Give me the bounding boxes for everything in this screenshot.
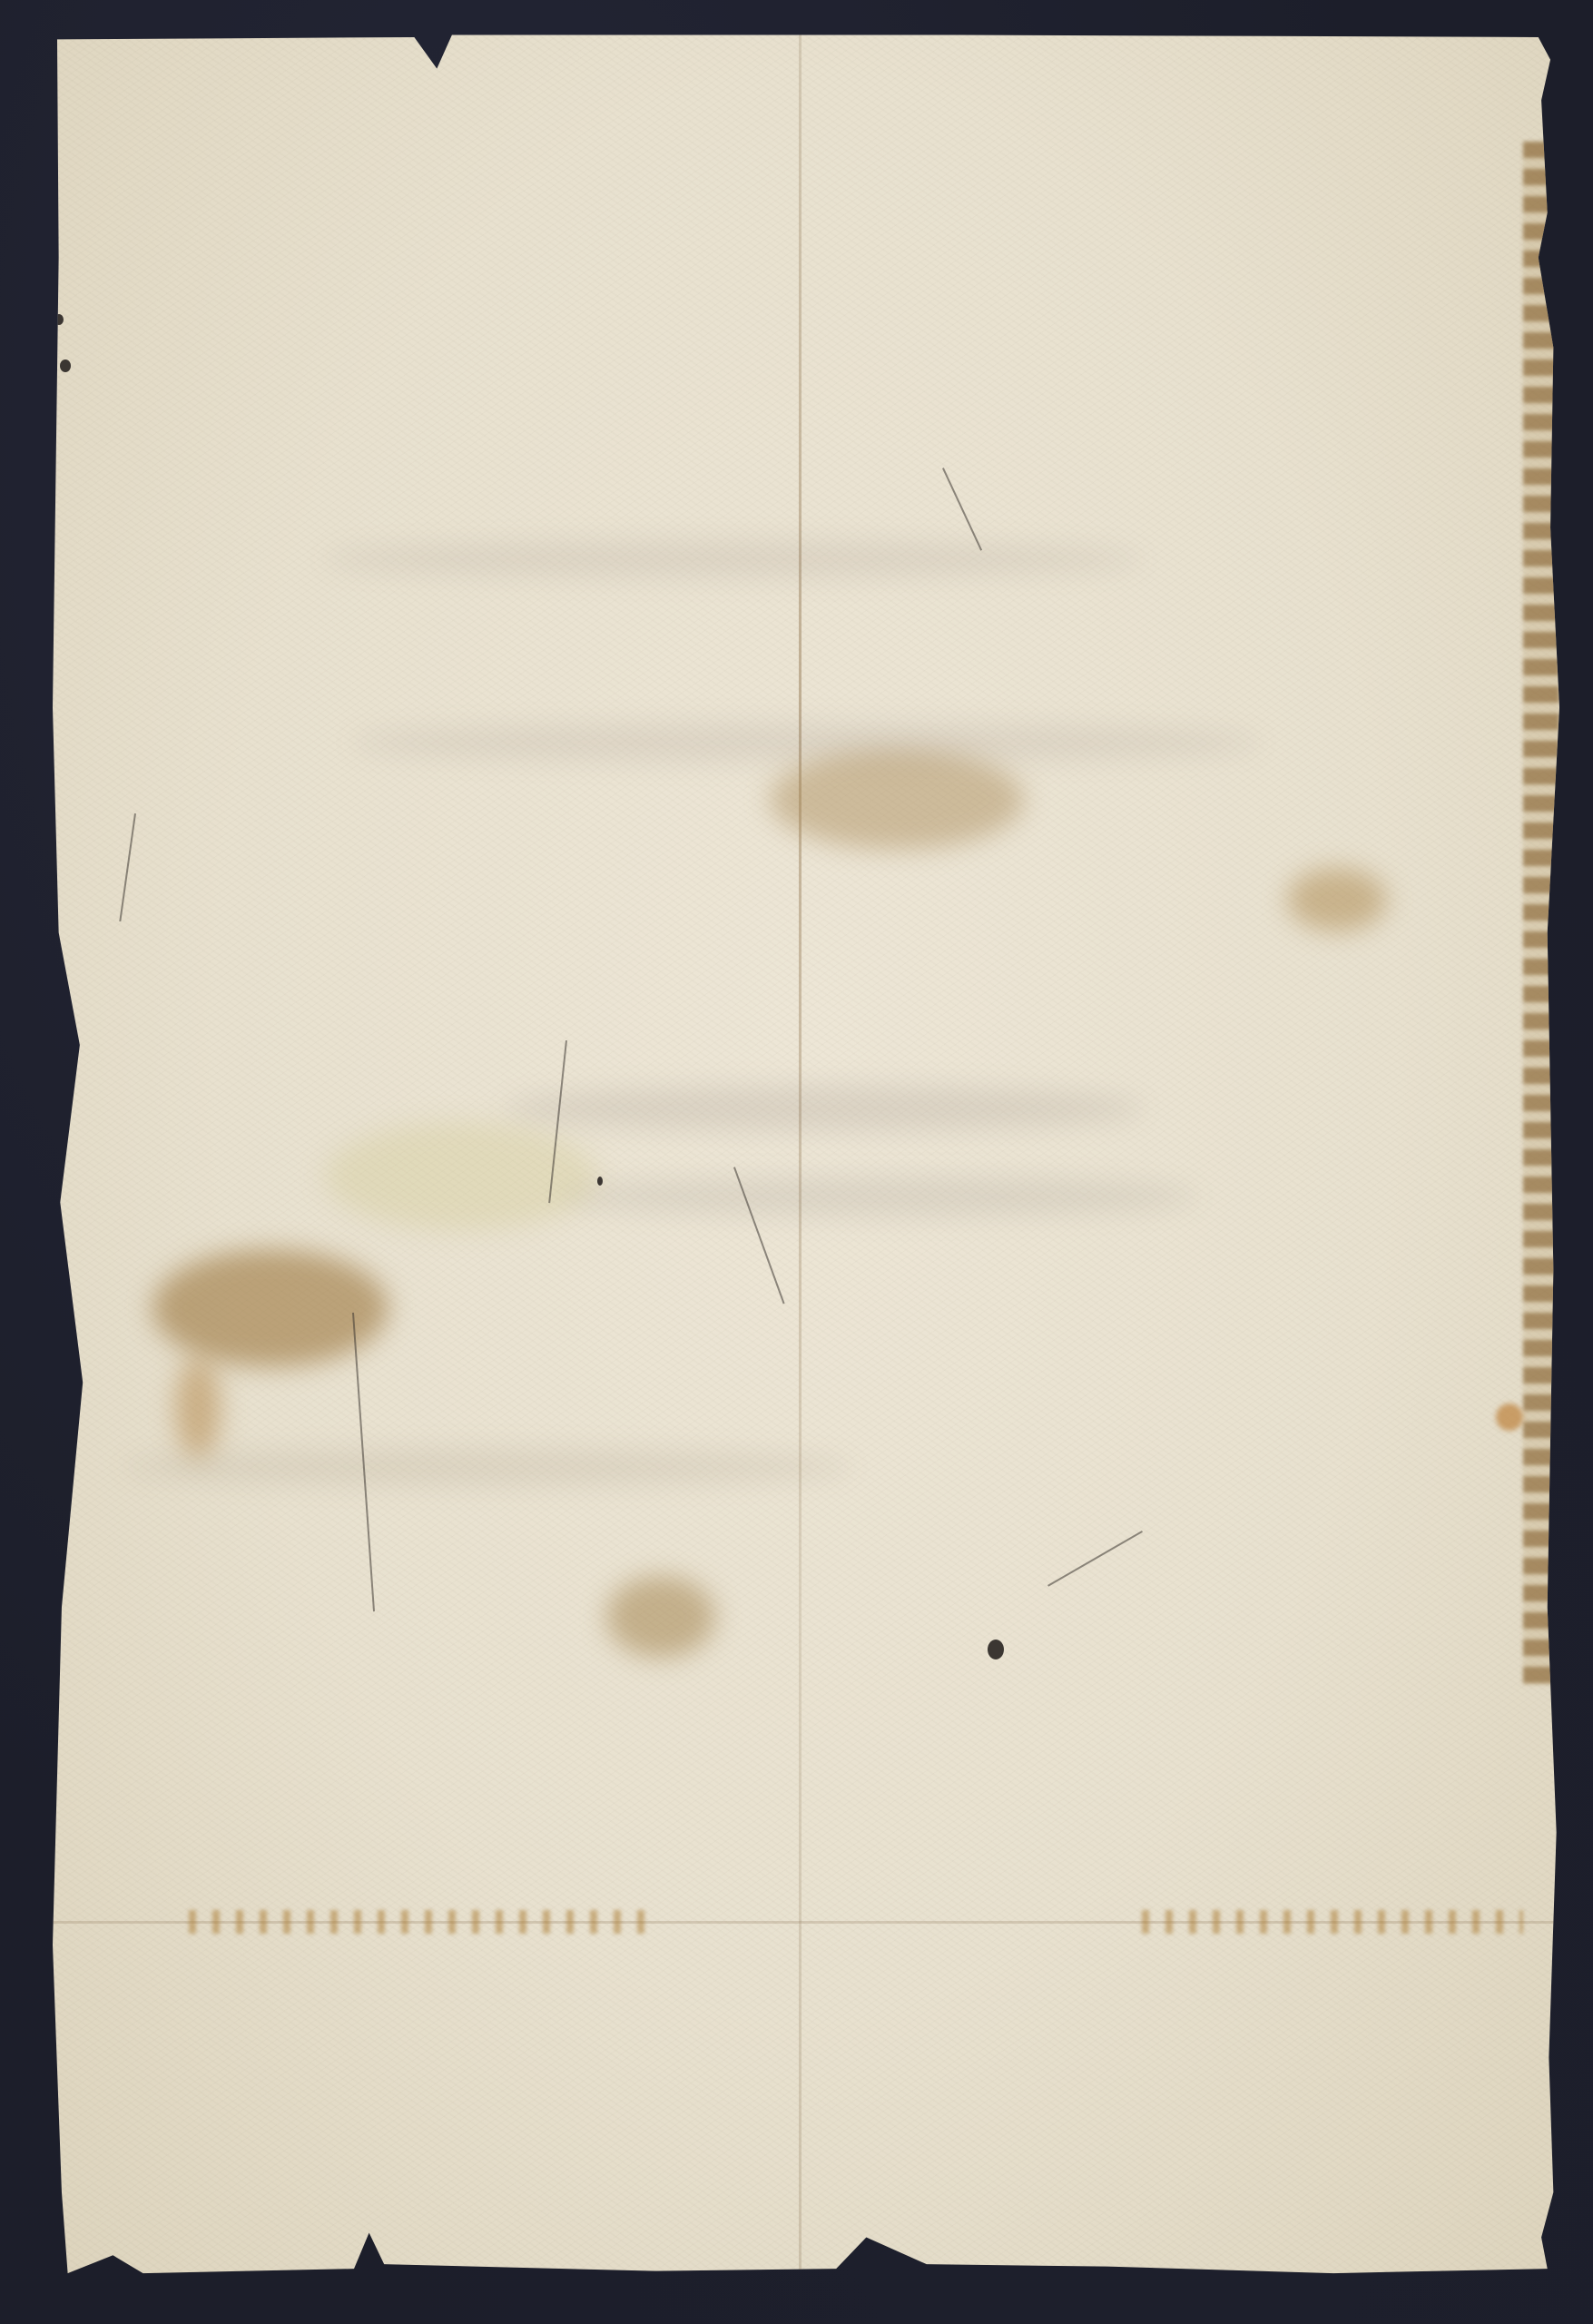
bleed-through-band [352, 723, 1260, 763]
bleed-through-band [125, 1449, 851, 1485]
ink-dot [597, 1177, 603, 1186]
bleed-through-band [506, 1086, 1142, 1131]
orange-spot-right [1496, 1403, 1523, 1431]
bleed-through-band [325, 541, 1142, 577]
brown-stain-center [770, 750, 1024, 850]
brown-stain-left [152, 1249, 388, 1367]
vertical-fold-line [799, 33, 801, 2282]
small-stain-left [175, 1358, 221, 1458]
brown-stain-right [1287, 868, 1387, 931]
paper-texture [53, 33, 1559, 2282]
foxing-band-right [1142, 1910, 1523, 1934]
dark-spot [988, 1640, 1004, 1659]
binding-hole [60, 359, 71, 372]
document-page [53, 33, 1559, 2282]
bleed-through-band [561, 1177, 1196, 1216]
brown-stain-lower [606, 1576, 715, 1658]
foxing-band-left [189, 1910, 661, 1934]
